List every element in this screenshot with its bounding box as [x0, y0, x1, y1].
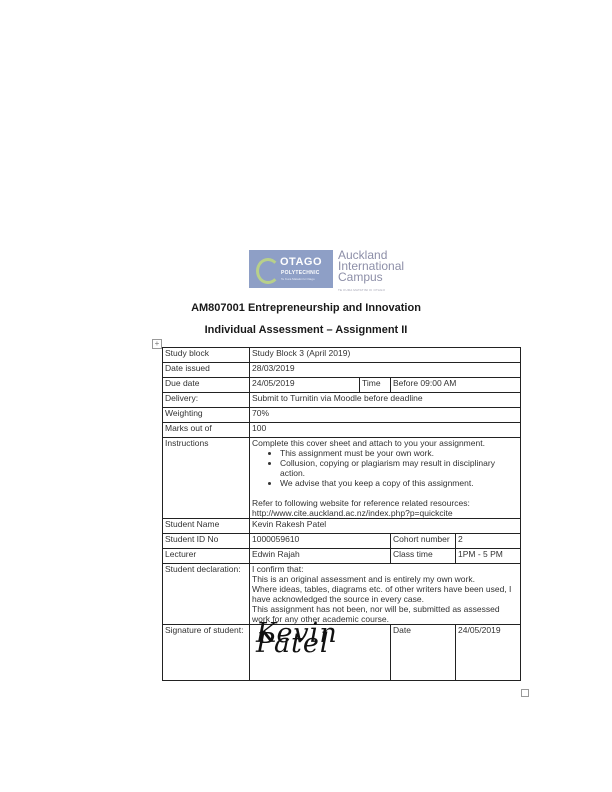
instructions-intro: Complete this cover sheet and attach to …: [252, 438, 518, 448]
institution-logo: OTAGO POLYTECHNIC Te Kura Matatini ki Ot…: [249, 250, 419, 290]
table-row: Instructions Complete this cover sheet a…: [163, 438, 521, 519]
signature-date-value: 24/05/2019: [456, 625, 521, 681]
delivery-label: Delivery:: [163, 393, 250, 408]
declaration-label: Student declaration:: [163, 564, 250, 625]
list-item: We advise that you keep a copy of this a…: [280, 478, 518, 488]
time-label: Time: [360, 378, 391, 393]
logo-primary-text: OTAGO: [280, 256, 322, 268]
weighting-label: Weighting: [163, 408, 250, 423]
time-value: Before 09:00 AM: [391, 378, 521, 393]
cover-sheet-table: Study block Study Block 3 (April 2019) D…: [162, 347, 521, 681]
signature-field[interactable]: Kevin Patel: [250, 625, 391, 681]
study-block-value: Study Block 3 (April 2019): [250, 348, 521, 363]
delivery-value: Submit to Turnitin via Moodle before dea…: [250, 393, 521, 408]
list-item: Collusion, copying or plagiarism may res…: [280, 458, 518, 478]
declaration-line: Where ideas, tables, diagrams etc. of ot…: [252, 584, 518, 604]
list-item: This assignment must be your own work.: [280, 448, 518, 458]
instructions-label: Instructions: [163, 438, 250, 519]
due-date-value: 24/05/2019: [250, 378, 360, 393]
swirl-icon: [256, 258, 280, 284]
instructions-content: Complete this cover sheet and attach to …: [250, 438, 521, 519]
weighting-value: 70%: [250, 408, 521, 423]
student-id-value: 1000059610: [250, 534, 391, 549]
lecturer-label: Lecturer: [163, 549, 250, 564]
table-move-handle-icon[interactable]: +: [152, 339, 162, 349]
table-row: Student Name Kevin Rakesh Patel: [163, 519, 521, 534]
logo-subline: Te Kura Matatini ki Otago: [281, 277, 315, 281]
marks-label: Marks out of: [163, 423, 250, 438]
instructions-list: This assignment must be your own work. C…: [252, 448, 518, 488]
cohort-label: Cohort number: [391, 534, 456, 549]
table-row: Student ID No 1000059610 Cohort number 2: [163, 534, 521, 549]
reference-link[interactable]: http://www.cite.auckland.ac.nz/index.php…: [252, 508, 518, 518]
class-time-label: Class time: [391, 549, 456, 564]
table-row: Marks out of 100: [163, 423, 521, 438]
table-row: Lecturer Edwin Rajah Class time 1PM - 5 …: [163, 549, 521, 564]
student-name-label: Student Name: [163, 519, 250, 534]
table-row: Date issued 28/03/2019: [163, 363, 521, 378]
date-issued-value: 28/03/2019: [250, 363, 521, 378]
cohort-value: 2: [456, 534, 521, 549]
logo-secondary-text: POLYTECHNIC: [281, 270, 320, 276]
marks-value: 100: [250, 423, 521, 438]
signature-date-label: Date: [391, 625, 456, 681]
campus-line: Campus: [338, 272, 404, 283]
signature-image: Kevin Patel: [256, 629, 388, 649]
declaration-line: I confirm that:: [252, 564, 518, 574]
study-block-label: Study block: [163, 348, 250, 363]
student-id-label: Student ID No: [163, 534, 250, 549]
declaration-content: I confirm that: This is an original asse…: [250, 564, 521, 625]
table-row: Due date 24/05/2019 Time Before 09:00 AM: [163, 378, 521, 393]
reference-text: Refer to following website for reference…: [252, 498, 518, 508]
student-name-value: Kevin Rakesh Patel: [250, 519, 521, 534]
course-title: AM807001 Entrepreneurship and Innovation: [0, 302, 612, 314]
declaration-line: This is an original assessment and is en…: [252, 574, 518, 584]
table-row: Student declaration: I confirm that: Thi…: [163, 564, 521, 625]
assessment-title: Individual Assessment – Assignment II: [0, 324, 612, 336]
date-issued-label: Date issued: [163, 363, 250, 378]
signature-label: Signature of student:: [163, 625, 250, 681]
table-row: Weighting 70%: [163, 408, 521, 423]
class-time-value: 1PM - 5 PM: [456, 549, 521, 564]
due-date-label: Due date: [163, 378, 250, 393]
campus-name: Auckland International Campus TE KURA MA…: [338, 250, 404, 290]
table-row: Signature of student: Kevin Patel Date 2…: [163, 625, 521, 681]
table-row: Study block Study Block 3 (April 2019): [163, 348, 521, 363]
table-resize-handle-icon[interactable]: [521, 689, 529, 697]
table-row: Delivery: Submit to Turnitin via Moodle …: [163, 393, 521, 408]
lecturer-value: Edwin Rajah: [250, 549, 391, 564]
campus-tagline: TE KURA MATATINI KI OTAGO: [338, 285, 404, 296]
otago-polytechnic-logo: OTAGO POLYTECHNIC Te Kura Matatini ki Ot…: [249, 250, 333, 288]
